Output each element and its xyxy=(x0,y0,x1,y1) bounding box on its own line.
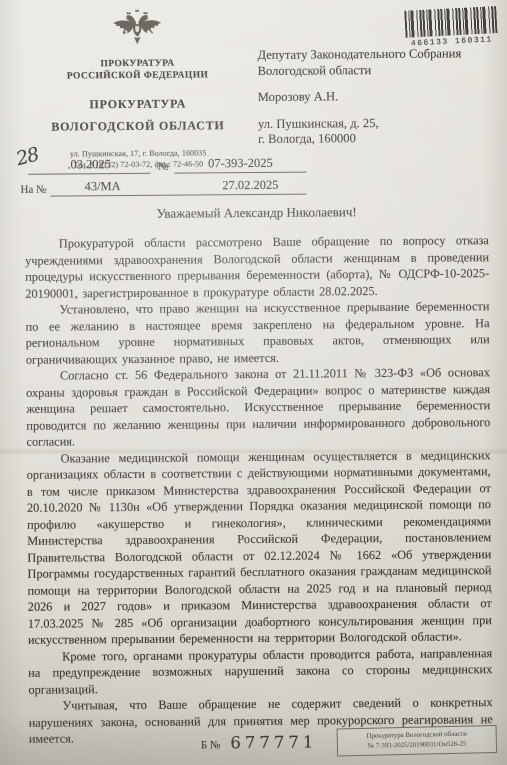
na-number-label: На № xyxy=(20,184,46,196)
scanned-letter-page: ПРОКУРАТУРА РОССИЙСКОЙ ФЕДЕРАЦИИ ПРОКУРА… xyxy=(0,0,507,765)
letter-footer: Б № 677771 Прокуратура Вологодской облас… xyxy=(3,724,507,765)
reference-block: 28 .03.2025 № 07-393-2025 На № 43/МА 27.… xyxy=(20,151,306,197)
incoming-reference-row: На № 43/МА 27.02.2025 xyxy=(20,173,306,197)
incoming-date: 27.02.2025 xyxy=(222,178,278,193)
org-regional-line1: ПРОКУРАТУРА xyxy=(20,92,256,116)
org-regional-name: ПРОКУРАТУРА ВОЛОГОДСКОЙ ОБЛАСТИ xyxy=(20,92,256,138)
number-sign: № xyxy=(158,161,169,173)
incoming-reference-line: 43/МА 27.02.2025 xyxy=(50,178,306,197)
paragraph-3: Согласно ст. 56 Федерального закона от 2… xyxy=(26,364,491,450)
org-federal-line2: РОССИЙСКОЙ ФЕДЕРАЦИИ xyxy=(20,69,256,83)
org-regional-line2: ВОЛОГОДСКОЙ ОБЛАСТИ xyxy=(20,114,256,138)
org-federal-name: ПРОКУРАТУРА РОССИЙСКОЙ ФЕДЕРАЦИИ xyxy=(19,57,255,83)
outgoing-number: 07-393-2025 xyxy=(174,156,306,174)
outgoing-date: .03.2025 xyxy=(28,157,150,175)
stamp-reg-number: № 7-393-2025/20190031/Он526-25 xyxy=(340,739,494,752)
recipient-name: Морозову А.Н. xyxy=(258,88,500,105)
registration-stamp-box: Прокуратура Вологодской области № 7-393-… xyxy=(337,725,498,756)
incoming-number: 43/МА xyxy=(84,179,120,194)
registration-barcode: 466133 160311 xyxy=(404,6,498,52)
paragraph-1: Прокуратурой области рассмотрено Ваше об… xyxy=(25,232,490,302)
coat-of-arms-eagle-icon xyxy=(108,7,166,55)
scan-content: ПРОКУРАТУРА РОССИЙСКОЙ ФЕДЕРАЦИИ ПРОКУРА… xyxy=(0,0,507,765)
recipient-block: 466133 160311 Депутату Законодательного … xyxy=(257,6,500,147)
recipient-city: г. Вологда, 160000 xyxy=(258,130,500,147)
recipient-title-line2: Вологодской области xyxy=(257,62,499,79)
paragraph-2: Установлено, что право женщин на искусст… xyxy=(25,298,490,368)
letterhead: ПРОКУРАТУРА РОССИЙСКОЙ ФЕДЕРАЦИИ ПРОКУРА… xyxy=(19,6,256,171)
outgoing-reference-row: 28 .03.2025 № 07-393-2025 xyxy=(20,151,306,175)
paragraph-5: Кроме того, органами прокуратуры области… xyxy=(28,645,492,698)
paragraph-4: Оказание медицинской помощи женщинам осу… xyxy=(27,447,493,649)
salutation: Уважаемый Александр Николаевич! xyxy=(25,203,489,223)
blank-form-label: Б № xyxy=(201,739,221,751)
blank-form-number: Б № 677771 xyxy=(201,733,318,753)
blank-form-digits: 677771 xyxy=(230,733,317,753)
letter-body: Уважаемый Александр Николаевич! Прокурат… xyxy=(0,197,507,747)
